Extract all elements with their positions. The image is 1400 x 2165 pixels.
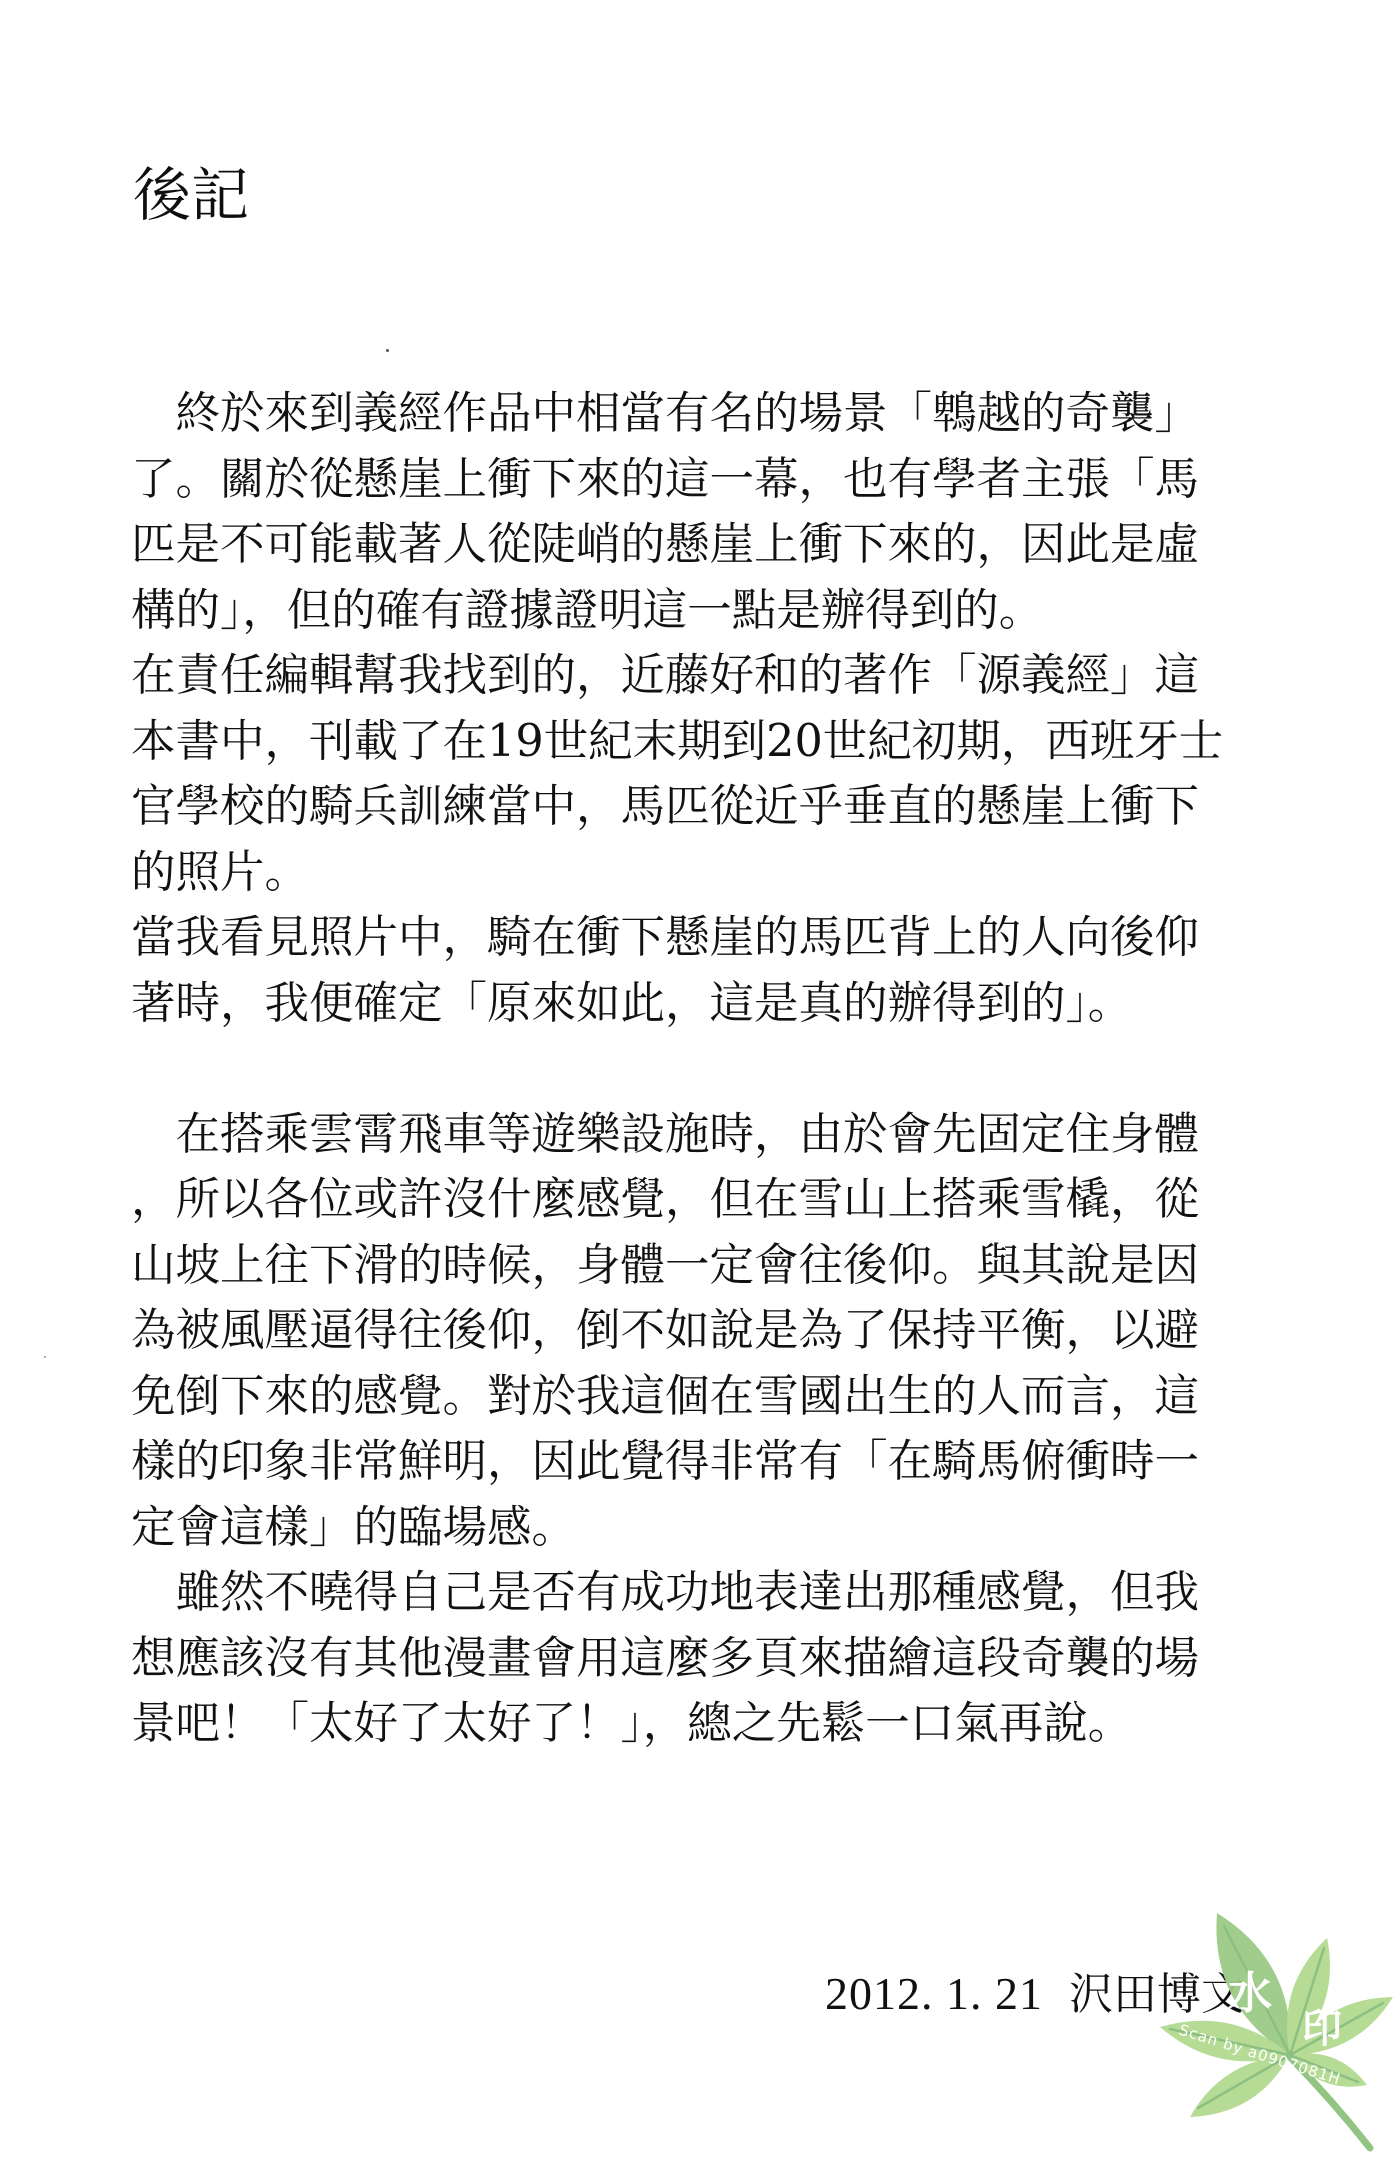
text-line: 匹是不可能載著人從陡峭的懸崖上衝下來的，因此是虛 xyxy=(131,512,1199,578)
watermark-label-1: 水 xyxy=(1228,1968,1272,2019)
leaf-watermark-icon: 水 印 Scan by a0907081H xyxy=(1140,1900,1400,2165)
text-line: 了。關於從懸崖上衝下來的這一幕，也有學者主張「馬 xyxy=(131,447,1199,513)
signature-date: 2012. 1. 21 xyxy=(825,1968,1043,2019)
text-line: 當我看見照片中，騎在衝下懸崖的馬匹背上的人向後仰 xyxy=(131,905,1199,971)
scan-speck xyxy=(44,1356,46,1358)
paragraph-4: 在搭乘雲霄飛車等遊樂設施時，由於會先固定住身體 ，所以各位或許沒什麼感覺，但在雪… xyxy=(131,1102,1199,1561)
paragraph-1: 終於來到義經作品中相當有名的場景「鵯越的奇襲」 了。關於從懸崖上衝下來的這一幕，… xyxy=(131,381,1199,643)
text-line: 終於來到義經作品中相當有名的場景「鵯越的奇襲」 xyxy=(131,381,1199,447)
text-line: 為被風壓逼得往後仰，倒不如說是為了保持平衡，以避 xyxy=(131,1298,1199,1364)
scan-speck xyxy=(386,349,389,352)
text-line: 樣的印象非常鮮明，因此覺得非常有「在騎馬俯衝時一 xyxy=(131,1429,1199,1495)
text-line: ，所以各位或許沒什麼感覺，但在雪山上搭乘雪橇，從 xyxy=(131,1167,1199,1233)
paragraph-2: 在責任編輯幫我找到的，近藤好和的著作「源義經」這 本書中，刊載了在19世紀末期到… xyxy=(131,643,1199,905)
text-line: 定會這樣」的臨場感。 xyxy=(131,1495,1199,1561)
text-line: 構的」，但的確有證據證明這一點是辦得到的。 xyxy=(131,578,1199,644)
paragraph-5: 雖然不曉得自己是否有成功地表達出那種感覺，但我 想應該沒有其他漫畫會用這麼多頁來… xyxy=(131,1560,1199,1757)
text-line: 本書中，刊載了在19世紀末期到20世紀初期，西班牙士 xyxy=(131,709,1199,775)
watermark-label-2: 印 xyxy=(1302,2006,1342,2052)
text-line: 山坡上往下滑的時候，身體一定會往後仰。與其說是因 xyxy=(131,1233,1199,1299)
paragraph-3: 當我看見照片中，騎在衝下懸崖的馬匹背上的人向後仰 著時，我便確定「原來如此，這是… xyxy=(131,905,1199,1036)
text-line: 著時，我便確定「原來如此，這是真的辦得到的」。 xyxy=(131,971,1199,1037)
text-line: 免倒下來的感覺。對於我這個在雪國出生的人而言，這 xyxy=(131,1364,1199,1430)
text-line: 景吧！「太好了太好了！」，總之先鬆一口氣再說。 xyxy=(131,1691,1199,1757)
page-title: 後記 xyxy=(133,166,249,224)
text-line: 想應該沒有其他漫畫會用這麼多頁來描繪這段奇襲的場 xyxy=(131,1626,1199,1692)
text-line: 在搭乘雲霄飛車等遊樂設施時，由於會先固定住身體 xyxy=(131,1102,1199,1168)
text-line: 官學校的騎兵訓練當中，馬匹從近乎垂直的懸崖上衝下 xyxy=(131,774,1199,840)
text-line: 雖然不曉得自己是否有成功地表達出那種感覺，但我 xyxy=(131,1560,1199,1626)
afterword-body: 終於來到義經作品中相當有名的場景「鵯越的奇襲」 了。關於從懸崖上衝下來的這一幕，… xyxy=(131,381,1199,1757)
text-line: 的照片。 xyxy=(131,840,1199,906)
text-line: 在責任編輯幫我找到的，近藤好和的著作「源義經」這 xyxy=(131,643,1199,709)
